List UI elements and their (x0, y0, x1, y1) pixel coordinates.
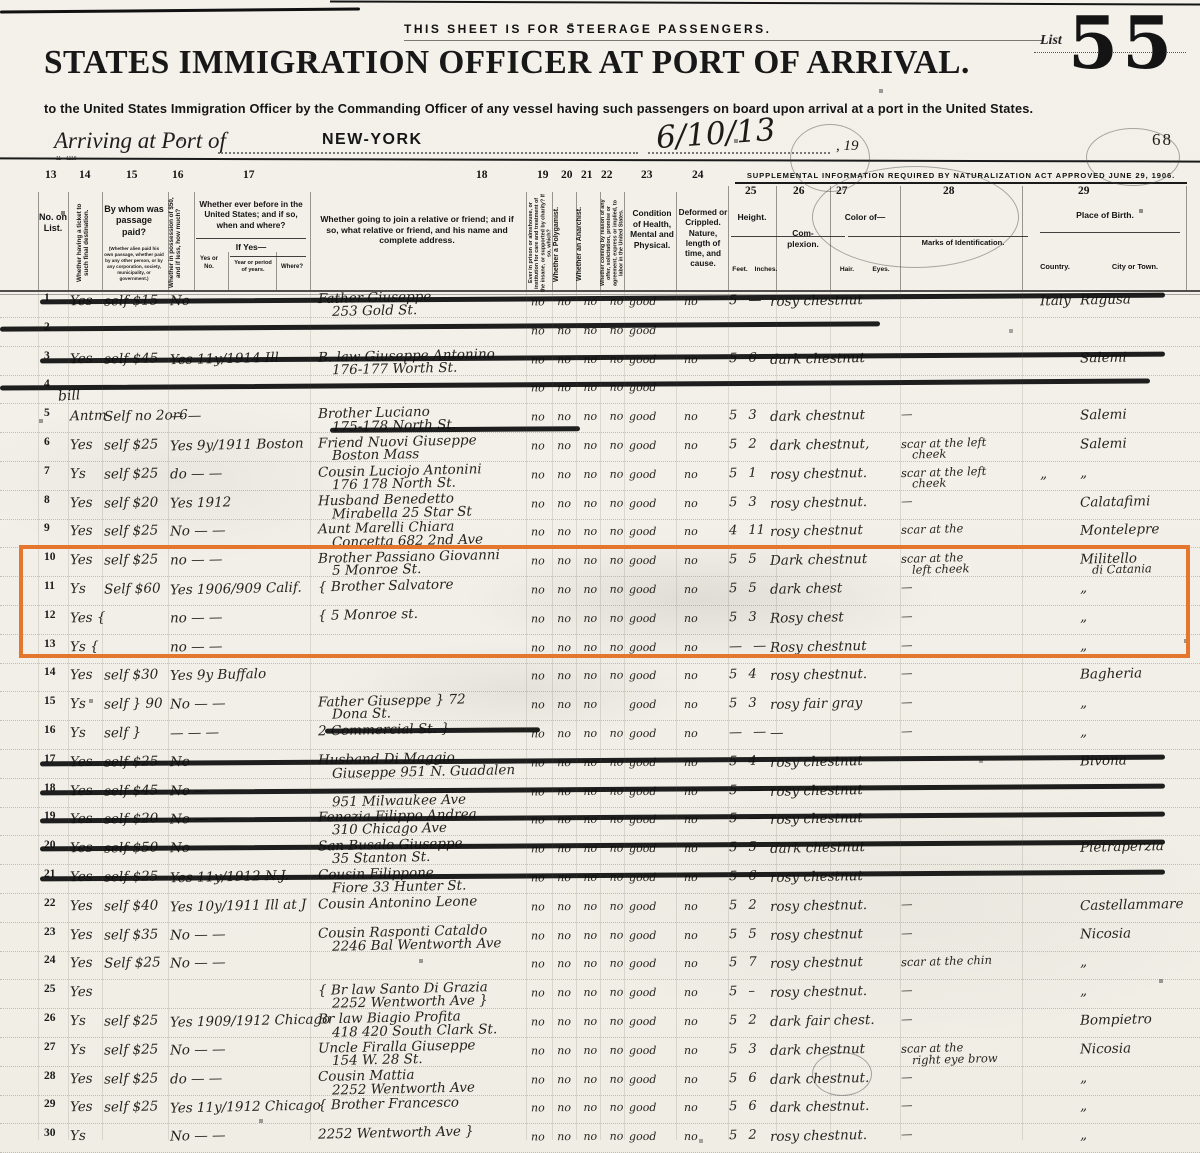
cell-complexion: rosy chestnut (770, 926, 863, 944)
cell-height: 5 3 (729, 696, 757, 711)
cell-answers: no no no no (531, 899, 623, 913)
cell-n: 8 (44, 494, 50, 506)
cell-health: good (629, 928, 656, 941)
cell-n: 26 (44, 1012, 56, 1024)
cell-height: 5 2 (729, 1013, 757, 1028)
cell-height: 5 2 (729, 437, 757, 452)
column-number: 17 (243, 169, 255, 181)
cell-answers: no no no no (531, 410, 623, 424)
cell-health: good (629, 410, 656, 423)
column-line (310, 192, 311, 290)
cell-answers: no no no no (531, 1101, 623, 1115)
cell-city: Castellammare (1080, 896, 1184, 914)
cell-health: good (629, 669, 656, 682)
cell-city: „ (1080, 1098, 1087, 1114)
cell-deformed: no (684, 957, 698, 970)
cell-deformed: no (684, 727, 698, 740)
column-line (552, 292, 553, 1140)
cell-deformed: no (684, 929, 698, 942)
column-line (1186, 186, 1187, 290)
cell-health: good (629, 727, 656, 740)
cell-n: 28 (44, 1070, 56, 1082)
divider (196, 238, 306, 239)
column-line (776, 292, 777, 1140)
cell-health: good (629, 1101, 656, 1114)
cell-ticket: Yes (70, 437, 93, 453)
cell-deformed: no (684, 439, 698, 452)
cell-complexion: rosy chestnut. (770, 983, 867, 1001)
cell-before: No — — (170, 1128, 226, 1145)
cell-marks: scar at the (901, 522, 964, 538)
strikeout-line (0, 321, 880, 331)
cell-deformed: no (684, 900, 698, 913)
column-number: 14 (79, 169, 91, 181)
cell-n: 9 (44, 522, 50, 534)
column-number: 20 (561, 169, 573, 181)
cell-answers: no no no no (531, 1015, 623, 1029)
cell-complexion: dark chestnut, (770, 436, 870, 454)
cell-before: Yes 9y/1911 Boston (170, 436, 304, 455)
cell-health: good (629, 468, 656, 481)
cell-health: good (629, 496, 656, 509)
cell-n: 29 (44, 1098, 56, 1110)
cell-height: 5 6 (729, 1099, 757, 1114)
column-line (676, 192, 677, 290)
column-line (728, 186, 729, 290)
cell-before: No — — (170, 926, 226, 943)
cell-deformed: no (684, 1073, 698, 1086)
cell-ticket: Yes (70, 523, 93, 539)
cell-city: „ (1080, 724, 1087, 740)
cell-n: 6 (44, 436, 50, 448)
cell-answers: no no no (531, 698, 597, 712)
cell-health: good (629, 1015, 656, 1028)
cell-marks: — (901, 407, 913, 421)
cell-passage: self $25 (104, 523, 159, 540)
column-line (526, 292, 527, 1140)
cell-health: good (629, 698, 656, 711)
cell-ticket: Ys (70, 1013, 86, 1029)
header-fifty-dollars: Whether in possession of $50, and if les… (168, 196, 190, 290)
header-anarchist: Whether an Anarchist. (576, 196, 594, 292)
column-line (102, 192, 103, 290)
cell-answers: no no no no (531, 957, 623, 971)
cell-before: Yes 1909/1912 Chicago (170, 1011, 331, 1030)
cell-complexion: rosy chestnut (770, 522, 863, 540)
cell-complexion: dark chestnut. (770, 1070, 870, 1088)
page-subtitle: to the United States Immigration Officer… (44, 101, 1154, 116)
cell-answers: no no no no (531, 439, 623, 453)
cell-complexion: rosy chestnut. (770, 666, 867, 684)
cell-marks: — (901, 897, 913, 911)
cell-health: good (629, 439, 656, 452)
scan-speckles (0, 0, 2, 2)
cell-deformed: no (684, 1015, 698, 1028)
header-height: Height. (729, 212, 775, 223)
header-no-on-list: No. on List. (38, 212, 68, 235)
cell-city: Salemi (1080, 436, 1127, 453)
cell-rel1: 2252 Wentworth Ave } (318, 1124, 474, 1143)
cell-complexion: rosy fair gray (770, 695, 863, 713)
list-label: List (1040, 33, 1062, 49)
cell-n: 15 (44, 695, 56, 707)
cell-height: 4 11 (729, 523, 765, 539)
cell-complexion: rosy chestnut. (770, 897, 867, 915)
cell-passage: self $20 (104, 494, 159, 511)
cell-city: Salemi (1080, 407, 1127, 424)
cell-marks: — (901, 724, 913, 738)
header-ever-before-us: Whether ever before in the United States… (196, 200, 306, 231)
cell-passage: self $25 (104, 1041, 159, 1058)
cell-health: good (629, 1072, 656, 1085)
cell-marks: — (901, 1069, 913, 1083)
cell-city: „ (1080, 465, 1087, 481)
cell-city: „ (1080, 1070, 1087, 1086)
cell-answers: no no no no (531, 525, 623, 539)
cell-marks: — (901, 695, 913, 709)
cell-passage: self $25 (104, 1099, 159, 1116)
cell-before: — — — (170, 724, 219, 741)
port-of-arrival-value: NEW-YORK (322, 131, 423, 149)
cell-before: do — — (170, 1070, 223, 1087)
column-number: 21 (581, 169, 593, 181)
header-passage-paid: By whom was passage paid? (103, 204, 165, 238)
header-where: Where? (277, 264, 307, 272)
cell-health: good (629, 900, 656, 913)
cell-city: „ (1080, 954, 1087, 970)
cell-before: Yes 10y/1911 Ill at J (170, 896, 307, 915)
column-line (776, 186, 777, 290)
cell-height: 5 3 (729, 494, 757, 509)
cell-city: Montelepre (1080, 522, 1160, 540)
column-line (600, 192, 601, 290)
cell-n: 24 (44, 954, 56, 966)
header-city-or-town: City or Town. (1100, 262, 1170, 271)
cell-n: 16 (44, 724, 56, 736)
divider (404, 40, 1044, 41)
column-line (228, 252, 229, 290)
cell-before: Yes 1912 (170, 494, 232, 511)
cell-marks: — (901, 983, 913, 997)
cell-health: good (629, 957, 656, 970)
cell-answers: no no no no (531, 496, 623, 510)
cell-height: 5 3 (729, 1042, 757, 1057)
cell-answers: no no no no (531, 467, 623, 481)
cell-height: 5 3 (729, 408, 757, 423)
column-line (900, 292, 901, 1140)
cell-before: — — (170, 408, 202, 425)
cell-n: 30 (44, 1127, 56, 1139)
cell-n: 25 (44, 983, 56, 995)
cell-answers: no no no no (531, 1043, 623, 1057)
column-line (900, 186, 901, 290)
cell-ticket: Yes (70, 955, 93, 971)
cell-n: 14 (44, 666, 56, 678)
cell-ticket: Yes (70, 898, 93, 914)
column-line (194, 192, 195, 290)
list-number: 55 (1068, 0, 1176, 85)
column-line (624, 192, 625, 290)
column-number: 13 (45, 169, 57, 181)
dotted-line (218, 152, 638, 154)
column-line (310, 292, 311, 1140)
column-line (38, 192, 39, 290)
cell-marks: — (901, 1012, 913, 1026)
cell-complexion: dark fair chest. (770, 1012, 875, 1030)
column-line (830, 186, 831, 290)
column-line (552, 192, 553, 290)
highlight-box (19, 545, 1190, 658)
cell-health: good (629, 1130, 656, 1143)
cell-ticket: Yes (70, 1099, 93, 1115)
pencil-circle (790, 124, 870, 192)
cell-passage: self } 90 (104, 696, 163, 713)
cell-complexion: dark chestnut. (770, 1098, 870, 1116)
cell-city: Bompietro (1080, 1011, 1152, 1029)
cell-passage: self $30 (104, 667, 159, 684)
cell-deformed: no (684, 1130, 698, 1143)
header-ticket: Whether having a ticket to such final de… (76, 196, 96, 290)
column-number: 18 (476, 169, 488, 181)
cell-marks: — (901, 666, 913, 680)
cell-ticket: Ys (70, 1128, 86, 1144)
cell-n: 23 (44, 926, 56, 938)
cell-height: 5 6 (729, 1070, 757, 1085)
cell-ticket: Yes (70, 926, 93, 942)
column-line (68, 192, 69, 290)
column-line (600, 292, 601, 1140)
cell-passage: self $40 (104, 897, 159, 914)
cell-passage: self $25 (104, 436, 159, 453)
cell-complexion: rosy chestnut. (770, 494, 867, 512)
header-polygamist: Whether a Polygamist. (553, 196, 571, 292)
cell-height: — — (729, 725, 766, 741)
cell-passage: self $35 (104, 926, 159, 943)
cell-before: No — — (170, 1041, 226, 1058)
cell-answers: no no no no (531, 669, 623, 683)
cell-answers: no no no no (531, 727, 623, 741)
cell-marks: — (901, 1127, 913, 1141)
header-eyes: Eyes. (866, 266, 896, 274)
cell-ticket: Yes (70, 667, 93, 683)
cell-answers: no no no no (531, 1072, 623, 1086)
header-if-yes: If Yes— (196, 242, 306, 253)
column-line (102, 292, 103, 1140)
column-line (526, 192, 527, 290)
pencil-circle (1086, 128, 1180, 186)
cell-passage: self $25 (104, 1012, 159, 1029)
header-prison-almshouse: Ever in prison or almshouse, or institut… (528, 194, 548, 292)
column-number: 15 (126, 169, 138, 181)
header-hair: Hair. (832, 266, 862, 274)
header-place-of-birth: Place of Birth. (1026, 210, 1184, 221)
column-line (830, 292, 831, 1140)
cell-city: Calatafimi (1080, 493, 1151, 510)
cell-complexion: rosy chestnut. (770, 465, 867, 483)
page-title: STATES IMMIGRATION OFFICER AT PORT OF AR… (44, 44, 970, 82)
cell-complexion: dark chestnut (770, 407, 865, 425)
cell-marks2: cheek (912, 475, 947, 490)
cell-city: Bagheria (1080, 666, 1142, 683)
column-number: 22 (601, 169, 613, 181)
cell-n: 5 (44, 407, 50, 419)
cell-country: „ (1040, 466, 1047, 482)
strikeout-line (325, 727, 540, 733)
cell-health: good (629, 1044, 656, 1057)
cell-before: Yes 9y Buffalo (170, 666, 266, 684)
cell-before: do — — (170, 465, 223, 482)
cell-height: 5 – (729, 984, 755, 999)
cell-n: 22 (44, 897, 56, 909)
cell-city: „ (1080, 1127, 1087, 1143)
cell-city: Nicosia (1080, 1040, 1131, 1057)
column-number: 26 (793, 185, 805, 197)
column-number: 24 (692, 169, 704, 181)
cell-complexion: rosy chestnut (770, 954, 863, 972)
column-line (68, 292, 69, 1140)
cell-height: 5 5 (729, 926, 757, 941)
cell-ticket: Ys (70, 466, 86, 482)
scan-smudge-line (0, 7, 360, 13)
sheet-banner: THIS SHEET IS FOR STEERAGE PASSENGERS. (404, 22, 772, 36)
cell-height: 5 1 (729, 466, 757, 481)
cell-passage: self } (104, 725, 141, 742)
cell-deformed: no (684, 1044, 698, 1057)
cell-rel1: Cousin Antonino Leone (318, 893, 478, 912)
column-line (728, 292, 729, 1140)
arriving-at-port-label: Arriving at Port of (54, 128, 226, 154)
column-number: 29 (1078, 185, 1090, 197)
cell-complexion: dark chestnut (770, 1041, 865, 1059)
cell-n: 27 (44, 1041, 56, 1053)
cell-before: No — — (170, 955, 226, 972)
cell-height: 5 4 (729, 667, 757, 682)
cell-height: 5 2 (729, 1128, 757, 1143)
cell-ticket: Yes (70, 1070, 93, 1086)
cell-before: No — — (170, 523, 226, 540)
cell-marks: scar at the chin (901, 953, 992, 969)
cell-before: Yes 11y/1912 Chicago (170, 1098, 321, 1117)
cell-city: „ (1080, 695, 1087, 711)
cell-height: 5 2 (729, 898, 757, 913)
cell-city: Nicosia (1080, 925, 1131, 942)
column-number: 25 (745, 185, 757, 197)
cell-complexion: rosy chestnut. (770, 1127, 867, 1145)
cell-marks: — (901, 493, 913, 507)
divider (1040, 232, 1180, 233)
cell-marks: — (901, 925, 913, 939)
header-condition-health: Condition of Health, Mental and Physical… (629, 208, 675, 250)
cell-city: „ (1080, 983, 1087, 999)
cell-height: 5 7 (729, 955, 757, 970)
cell-passage: self $25 (104, 465, 159, 482)
cell-ticket: Yes (70, 494, 93, 510)
column-line (38, 292, 39, 1140)
cell-deformed: no (684, 1101, 698, 1114)
cell-before: No — — (170, 696, 226, 713)
cell-passage: Self $25 (104, 955, 161, 972)
header-feet: Feet. (727, 266, 753, 274)
cell-deformed: no (684, 468, 698, 481)
cell-health: good (629, 986, 656, 999)
column-number: 16 (172, 169, 184, 181)
cell-deformed: no (684, 986, 698, 999)
handwritten-date: 6/10/13 (655, 112, 777, 156)
cell-answers: no no no no (531, 928, 623, 942)
cell-answers: no no no no (531, 1130, 623, 1144)
column-line (1022, 186, 1023, 290)
column-line (576, 192, 577, 290)
cell-deformed: no (684, 497, 698, 510)
cell-ticket: Ys (70, 725, 86, 741)
cell-deformed: no (684, 698, 698, 711)
header-year-period: Year or period of years. (231, 260, 275, 274)
cell-deformed: no (684, 410, 698, 423)
column-line (624, 292, 625, 1140)
cell-ticket: Ys (70, 696, 86, 712)
header-join-relative: Whether going to join a relative or frie… (314, 214, 520, 246)
cell-deformed: no (684, 525, 698, 538)
cell-passage: self $25 (104, 1070, 159, 1087)
cell-ticket: Yes (70, 984, 93, 1000)
cell-deformed: no (684, 669, 698, 682)
cell-n: 7 (44, 465, 50, 477)
cell-ticket: Ys (70, 1042, 86, 1058)
column-line (168, 292, 169, 1140)
cell-marks2: cheek (912, 447, 947, 462)
column-line (168, 192, 169, 290)
header-yes-or-no: Yes or No. (195, 256, 223, 271)
cell-health: good (629, 525, 656, 538)
column-line (1022, 292, 1023, 1140)
cell-rel1: { Brother Francesco (318, 1095, 459, 1114)
column-number: 19 (537, 169, 549, 181)
header-labor-agreement: Whether coming by reason of any offer, s… (600, 194, 620, 292)
header-deformed-crippled: Deformed or Crippled. Nature, length of … (677, 208, 729, 270)
cell-answers: no no no no (531, 986, 623, 1000)
column-line (676, 292, 677, 1140)
divider (0, 157, 1200, 162)
column-line (276, 252, 277, 290)
document-scan: THIS SHEET IS FOR STEERAGE PASSENGERS. L… (0, 0, 1200, 1153)
cell-marks2: right eye brow (912, 1051, 998, 1067)
divider (230, 256, 306, 257)
cell-marks: — (901, 1098, 913, 1112)
header-country: Country. (1030, 262, 1080, 271)
header-passage-paid-fine: (Whether alien paid his own passage, whe… (104, 246, 164, 282)
column-line (576, 292, 577, 1140)
column-number: 23 (641, 169, 653, 181)
